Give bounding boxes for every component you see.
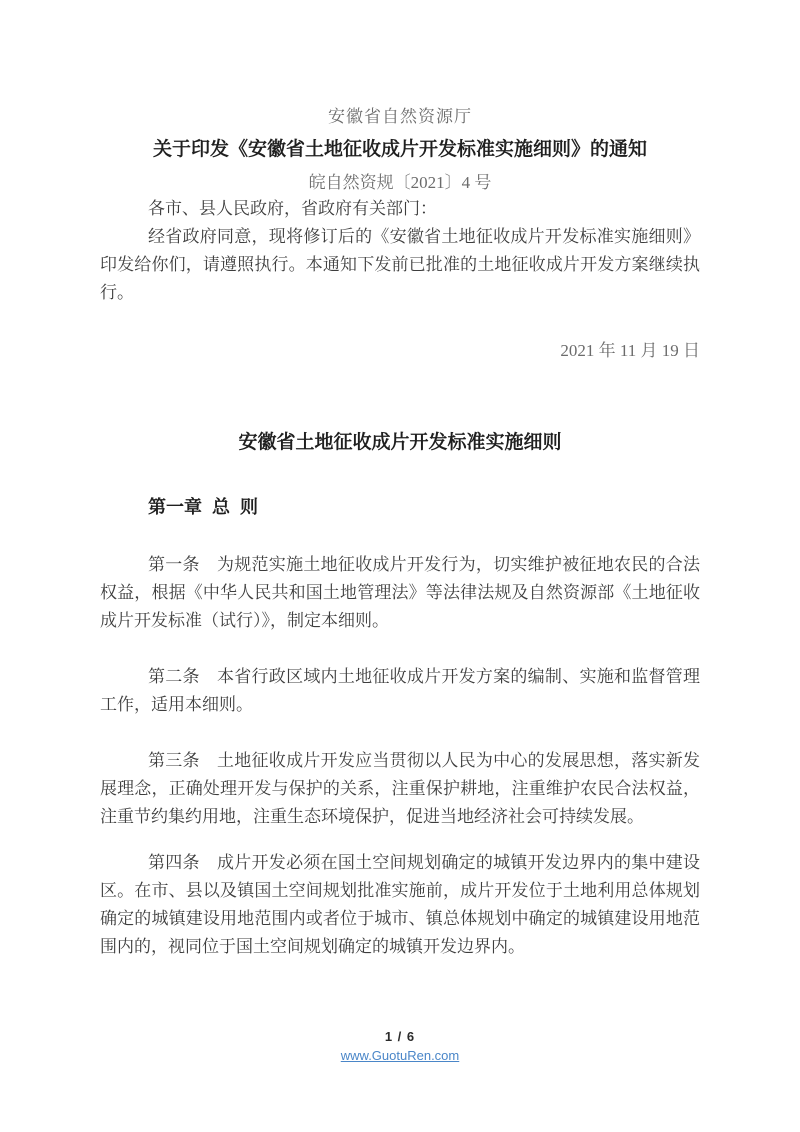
issue-date: 2021 年 11 月 19 日 [100, 337, 700, 365]
website-link[interactable]: www.GuotuRen.com [341, 1047, 460, 1065]
article-1-paragraph: 第一条 为规范实施土地征收成片开发行为，切实维护被征地农民的合法权益，根据《中华… [100, 551, 700, 635]
page-footer: 1 / 6 www.GuotuRen.com [0, 1028, 800, 1065]
notice-body-paragraph: 经省政府同意，现将修订后的《安徽省土地征收成片开发标准实施细则》印发给你们，请遵… [100, 223, 700, 307]
regulation-title: 安徽省土地征收成片开发标准实施细则 [100, 429, 700, 457]
article-3-paragraph: 第三条 土地征收成片开发应当贯彻以人民为中心的发展思想，落实新发展理念，正确处理… [100, 747, 700, 831]
salutation-line: 各市、县人民政府，省政府有关部门： [100, 195, 700, 223]
article-4-paragraph: 第四条 成片开发必须在国土空间规划确定的城镇开发边界内的集中建设区。在市、县以及… [100, 849, 700, 961]
article-2-paragraph: 第二条 本省行政区域内土地征收成片开发方案的编制、实施和监督管理工作，适用本细则… [100, 663, 700, 719]
page-content: 安徽省自然资源厅 关于印发《安徽省土地征收成片开发标准实施细则》的通知 皖自然资… [0, 0, 800, 961]
document-page: 安徽省自然资源厅 关于印发《安徽省土地征收成片开发标准实施细则》的通知 皖自然资… [0, 0, 800, 1132]
issuing-org-name: 安徽省自然资源厅 [100, 105, 700, 129]
chapter-one-heading: 第一章 总 则 [100, 493, 700, 521]
articles-section: 第一条 为规范实施土地征收成片开发行为，切实维护被征地农民的合法权益，根据《中华… [100, 551, 700, 961]
page-number-indicator: 1 / 6 [0, 1028, 800, 1046]
notice-title: 关于印发《安徽省土地征收成片开发标准实施细则》的通知 [100, 137, 700, 163]
document-number: 皖自然资规〔2021〕4 号 [100, 171, 700, 195]
